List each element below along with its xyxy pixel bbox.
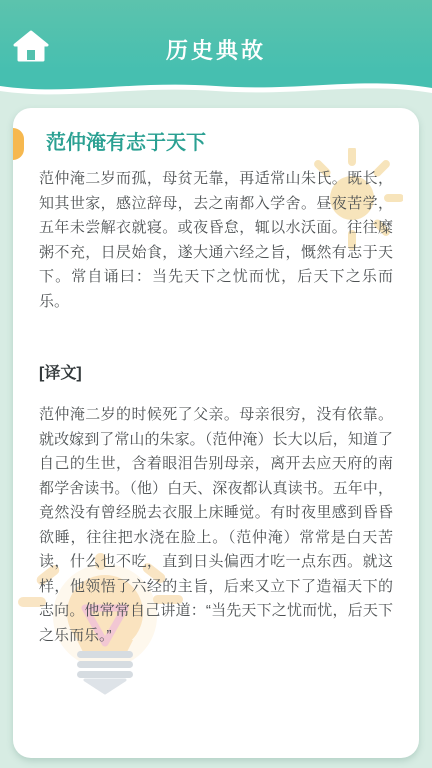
page-title: 历史典故: [0, 0, 432, 65]
original-text: 范仲淹二岁而孤，母贫无靠，再适常山朱氏。既长，知其世家，感泣辞母，去之南都入学舍…: [13, 155, 419, 314]
translation-heading: [译文]: [13, 314, 419, 383]
translation-text: 范仲淹二岁的时候死了父亲。母亲很穷，没有依靠。就改嫁到了常山的朱家。（范仲淹）长…: [13, 383, 419, 648]
article-title: 范仲淹有志于天下: [13, 108, 419, 155]
article-card: 范仲淹有志于天下 范仲淹二岁而孤，母贫无靠，再适常山朱氏。既长，知其世家，感泣辞…: [13, 108, 419, 758]
header-wave: [0, 71, 432, 103]
